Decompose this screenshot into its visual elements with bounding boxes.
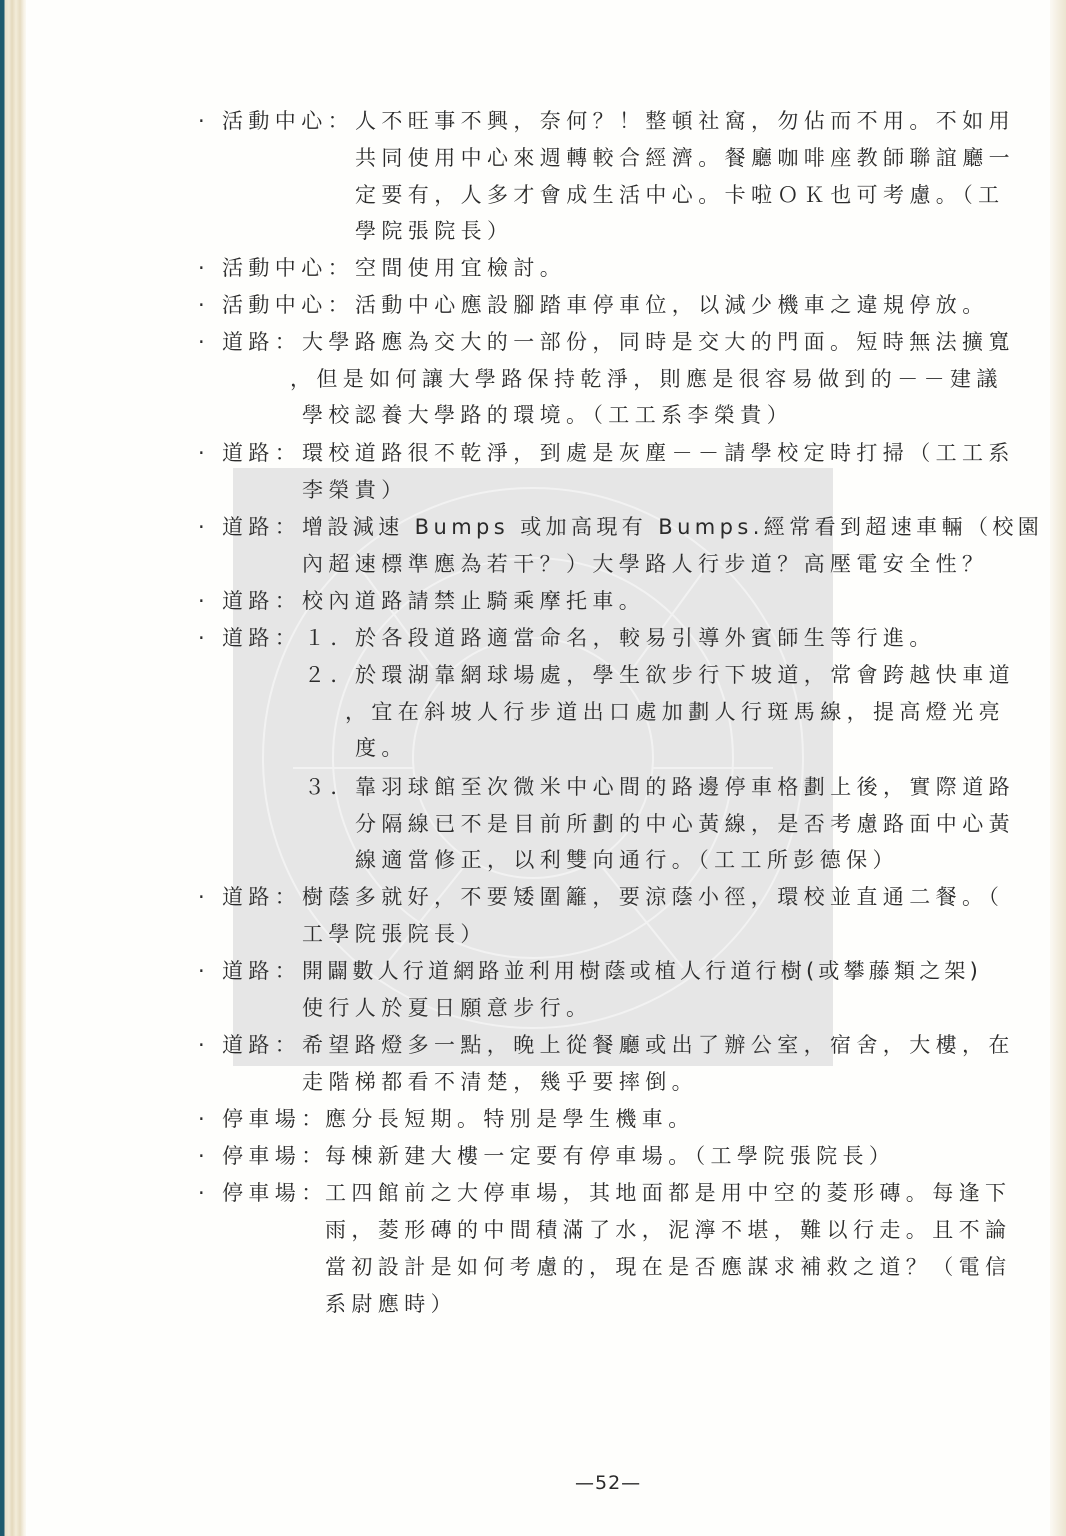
bullet-dot: · xyxy=(198,290,205,320)
entry-category: 活動中心： xyxy=(222,106,354,136)
bullet-dot: · xyxy=(198,882,205,912)
entry-line: 學校認養大學路的環境。（工工系李榮貴） xyxy=(302,400,793,430)
bullet-dot: · xyxy=(198,327,205,357)
bullet-dot: · xyxy=(198,512,205,542)
entry-line: 活動中心應設腳踏車停車位，以減少機車之違規停放。 xyxy=(355,290,989,320)
sub-item-number: ２． xyxy=(304,660,357,690)
bullet-dot: · xyxy=(198,623,205,653)
bullet-dot: · xyxy=(198,1104,205,1134)
page-number: —52— xyxy=(575,1472,641,1494)
entry-line: 應分長短期。特別是學生機車。 xyxy=(325,1104,695,1134)
bullet-dot: · xyxy=(198,586,205,616)
entry-line: 人不旺事不興，奈何？！整頓社窩，勿佔而不用。不如用 xyxy=(355,106,1015,136)
bullet-dot: · xyxy=(198,1178,205,1208)
bullet-dot: · xyxy=(198,956,205,986)
entry-line: 希望路燈多一點，晚上從餐廳或出了辦公室，宿舍，大樓，在 xyxy=(302,1030,1015,1060)
entry-line: 線適當修正，以利雙向通行。（工工所彭德保） xyxy=(355,845,899,875)
sub-item-number: ３． xyxy=(304,772,357,802)
bullet-dot: · xyxy=(198,253,205,283)
entry-line: 工學院張院長） xyxy=(302,919,487,949)
entry-line: 工四館前之大停車場，其地面都是用中空的菱形磚。每逢下 xyxy=(325,1178,1011,1208)
entry-category: 停車場： xyxy=(222,1141,328,1171)
entry-category: 道路： xyxy=(222,956,301,986)
entry-line: 學院張院長） xyxy=(355,216,513,246)
book-binding-edge xyxy=(0,0,26,1536)
entry-category: 停車場： xyxy=(222,1104,328,1134)
entry-line: 雨，菱形磚的中間積滿了水，泥濘不堪，難以行走。且不論 xyxy=(325,1215,1011,1245)
bullet-dot: · xyxy=(198,1141,205,1171)
entry-category: 道路： xyxy=(222,586,301,616)
entry-category: 道路： xyxy=(222,327,301,357)
entry-line: 分隔線已不是目前所劃的中心黃線，是否考慮路面中心黃 xyxy=(355,809,1015,839)
entry-category: 道路： xyxy=(222,438,301,468)
entry-line: 每棟新建大樓一定要有停車場。（工學院張院長） xyxy=(325,1141,895,1171)
entry-line: ，但是如何讓大學路保持乾淨，則應是很容易做到的－－建議 xyxy=(290,364,1003,394)
entry-line: 空間使用宜檢討。 xyxy=(355,253,566,283)
entry-line: ，宜在斜坡人行步道出口處加劃人行斑馬線，提高燈光亮 xyxy=(345,697,1005,727)
bullet-dot: · xyxy=(198,106,205,136)
entry-line: 當初設計是如何考慮的，現在是否應謀求補救之道？（電信 xyxy=(325,1252,1011,1282)
entry-line: 樹蔭多就好，不要矮圍籬，要涼蔭小徑，環校並直通二餐。（ xyxy=(302,882,1004,912)
entry-line: 系尉應時） xyxy=(325,1289,457,1319)
entry-category: 道路： xyxy=(222,1030,301,1060)
entry-line: 增設減速 Bumps 或加高現有 Bumps.經常看到超速車輛（校園 xyxy=(302,512,1043,542)
page-right-edge xyxy=(1050,0,1066,1536)
entry-line: 度。 xyxy=(355,733,408,763)
entry-category: 停車場： xyxy=(222,1178,328,1208)
entry-line: 環校道路很不乾淨，到處是灰塵－－請學校定時打掃（工工系 xyxy=(302,438,1015,468)
entry-line: 靠羽球館至次微米中心間的路邊停車格劃上後，實際道路 xyxy=(355,772,1015,802)
bullet-dot: · xyxy=(198,1030,205,1060)
entry-line: 走階梯都看不清楚，幾乎要摔倒。 xyxy=(302,1067,698,1097)
entry-category: 道路： xyxy=(222,623,301,653)
entry-category: 道路： xyxy=(222,512,301,542)
entry-line: 校內道路請禁止騎乘摩托車。 xyxy=(302,586,645,616)
entry-line: 開闢數人行道網路並利用樹蔭或植人行道行樹(或攀藤類之架) xyxy=(302,956,982,986)
entry-line: 使行人於夏日願意步行。 xyxy=(302,993,592,1023)
entry-line: 內超速標準應為若干？）大學路人行步道？高壓電安全性？ xyxy=(302,549,988,579)
entry-line: 於各段道路適當命名，較易引導外賓師生等行進。 xyxy=(355,623,936,653)
entry-line: 李榮貴） xyxy=(302,475,408,505)
entry-line: 於環湖靠網球場處，學生欲步行下坡道，常會跨越快車道 xyxy=(355,660,1015,690)
entry-category: 道路： xyxy=(222,882,301,912)
sub-item-number: １． xyxy=(304,623,357,653)
bullet-dot: · xyxy=(198,438,205,468)
entry-line: 大學路應為交大的一部份，同時是交大的門面。短時無法擴寬 xyxy=(302,327,1015,357)
entry-line: 定要有，人多才會成生活中心。卡啦ＯＫ也可考慮。（工 xyxy=(355,180,1005,210)
entry-category: 活動中心： xyxy=(222,290,354,320)
entry-category: 活動中心： xyxy=(222,253,354,283)
entry-line: 共同使用中心來週轉較合經濟。餐廳咖啡座教師聯誼廳一 xyxy=(355,143,1015,173)
